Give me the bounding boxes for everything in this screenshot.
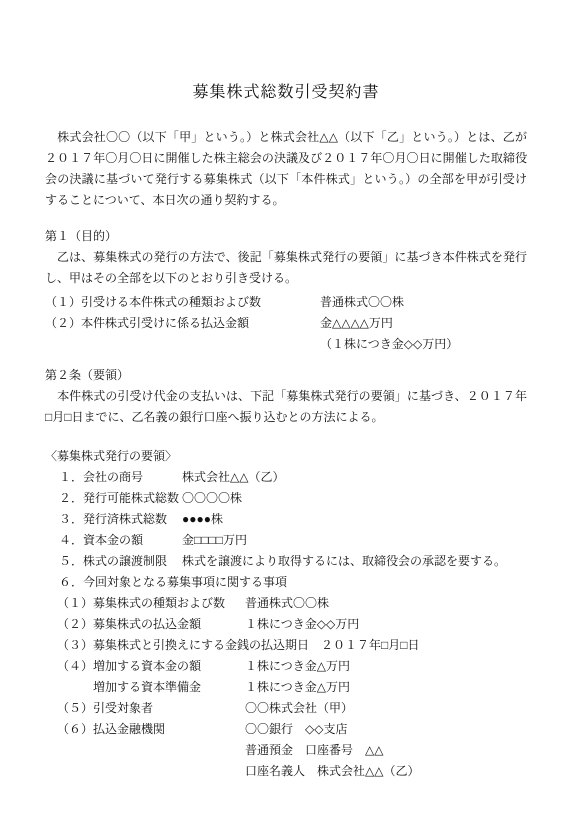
article2-heading: 第２条（要領） <box>45 365 527 386</box>
outline-subitem-3: （３）募集株式と引換えにする金銭の払込期日 ２０１７年□月□日 <box>45 635 527 656</box>
outline-subitem-6: （５）引受対象者〇〇株式会社（甲） <box>45 698 527 719</box>
outline-subitem-4-label: （４）増加する資本金の額 <box>57 656 245 677</box>
outline-subitem-9-value: 口座名義人 株式会社△△（乙） <box>245 764 419 778</box>
article1-item-list: （１）引受ける本件株式の種類および数普通株式〇〇株 （２）本件株式引受けに係る払… <box>45 292 527 355</box>
article1-item-1-value: 普通株式〇〇株 <box>320 295 404 309</box>
outline-item-6-label: ６．今回対象となる募集事項に関する事項 <box>59 572 182 593</box>
outline-subitem-5: 増加する資本準備金１株につき金△万円 <box>45 677 527 698</box>
outline-subitem-6-label: （５）引受対象者 <box>57 698 245 719</box>
outline-subitem-2-label: （２）募集株式の払込金額 <box>57 614 245 635</box>
outline-item-1-value: 株式会社△△（乙） <box>182 470 284 484</box>
outline-subitem-2-value: １株につき金◇◇万円 <box>245 617 359 631</box>
outline-item-2-label: ２．発行可能株式総数 <box>59 488 182 509</box>
article1-item-2-value: 金△△△△万円 <box>320 316 393 330</box>
article1-heading: 第１（目的） <box>45 226 527 247</box>
outline-subitem-8-value: 普通預金 口座番号 △△ <box>245 743 383 757</box>
article2-body: 本件株式の引受け代金の支払いは、下記「募集株式発行の要領」に基づき、２０１７年□… <box>45 386 527 428</box>
outline-subitem-list: （１）募集株式の種類および数普通株式〇〇株 （２）募集株式の払込金額１株につき金… <box>45 593 527 782</box>
outline-item-1: １．会社の商号株式会社△△（乙） <box>45 467 527 488</box>
outline-item-3-label: ３．発行済株式総数 <box>59 509 182 530</box>
outline-item-5-label: ５．株式の譲渡制限 <box>59 551 182 572</box>
outline-item-3-value: ●●●●株 <box>182 512 223 526</box>
outline-subitem-4: （４）増加する資本金の額１株につき金△万円 <box>45 656 527 677</box>
outline-item-6: ６．今回対象となる募集事項に関する事項 <box>45 572 527 593</box>
outline-item-list: １．会社の商号株式会社△△（乙） ２．発行可能株式総数〇〇〇〇株 ３．発行済株式… <box>45 467 527 593</box>
outline-subitem-1-value: 普通株式〇〇株 <box>245 596 329 610</box>
outline-subitem-7-value: 〇〇銀行 ◇◇支店 <box>245 722 347 736</box>
outline-item-5: ５．株式の譲渡制限株式を譲渡により取得するには、取締役会の承認を要する。 <box>45 551 527 572</box>
outline-subitem-3-label: （３）募集株式と引換えにする金銭の払込期日 ２０１７年□月□日 <box>57 635 420 656</box>
article1-item-3: （１株につき金◇◇万円） <box>45 334 527 355</box>
outline-item-3: ３．発行済株式総数●●●●株 <box>45 509 527 530</box>
contract-document-page: 募集株式総数引受契約書 株式会社〇〇（以下「甲」という。）と株式会社△△（以下「… <box>0 0 572 829</box>
article1-item-2: （２）本件株式引受けに係る払込金額金△△△△万円 <box>45 313 527 334</box>
article1-item-1: （１）引受ける本件株式の種類および数普通株式〇〇株 <box>45 292 527 313</box>
outline-item-4: ４．資本金の額金□□□□万円 <box>45 530 527 551</box>
outline-subitem-7: （６）払込金融機関〇〇銀行 ◇◇支店 <box>45 719 527 740</box>
document-title: 募集株式総数引受契約書 <box>45 83 527 103</box>
outline-item-1-label: １．会社の商号 <box>59 467 182 488</box>
outline-subitem-1: （１）募集株式の種類および数普通株式〇〇株 <box>45 593 527 614</box>
outline-item-5-value: 株式を譲渡により取得するには、取締役会の承認を要する。 <box>182 554 506 568</box>
outline-subitem-5-label: 増加する資本準備金 <box>57 677 245 698</box>
intro-paragraph: 株式会社〇〇（以下「甲」という。）と株式会社△△（以下「乙」という。）とは、乙が… <box>45 127 527 211</box>
outline-subitem-2: （２）募集株式の払込金額１株につき金◇◇万円 <box>45 614 527 635</box>
issuance-outline-section: 〈募集株式発行の要領〉 １．会社の商号株式会社△△（乙） ２．発行可能株式総数〇… <box>45 446 527 782</box>
outline-subitem-6-value: 〇〇株式会社（甲） <box>245 701 353 715</box>
outline-item-4-label: ４．資本金の額 <box>59 530 182 551</box>
outline-subitem-4-value: １株につき金△万円 <box>245 659 350 673</box>
outline-subitem-5-value: １株につき金△万円 <box>245 680 350 694</box>
outline-heading: 〈募集株式発行の要領〉 <box>45 446 527 467</box>
outline-item-4-value: 金□□□□万円 <box>182 533 247 547</box>
outline-subitem-9: 口座名義人 株式会社△△（乙） <box>45 761 527 782</box>
article1-item-2-label: （２）本件株式引受けに係る払込金額 <box>45 313 320 334</box>
article1-item-3-value: （１株につき金◇◇万円） <box>320 337 458 351</box>
outline-item-2: ２．発行可能株式総数〇〇〇〇株 <box>45 488 527 509</box>
article1-body: 乙は、募集株式の発行の方法で、後記「募集株式発行の要領」に基づき本件株式を発行し… <box>45 247 527 289</box>
outline-item-2-value: 〇〇〇〇株 <box>182 491 242 505</box>
article1-item-1-label: （１）引受ける本件株式の種類および数 <box>45 292 320 313</box>
outline-subitem-1-label: （１）募集株式の種類および数 <box>57 593 245 614</box>
outline-subitem-8: 普通預金 口座番号 △△ <box>45 740 527 761</box>
outline-subitem-7-label: （６）払込金融機関 <box>57 719 245 740</box>
